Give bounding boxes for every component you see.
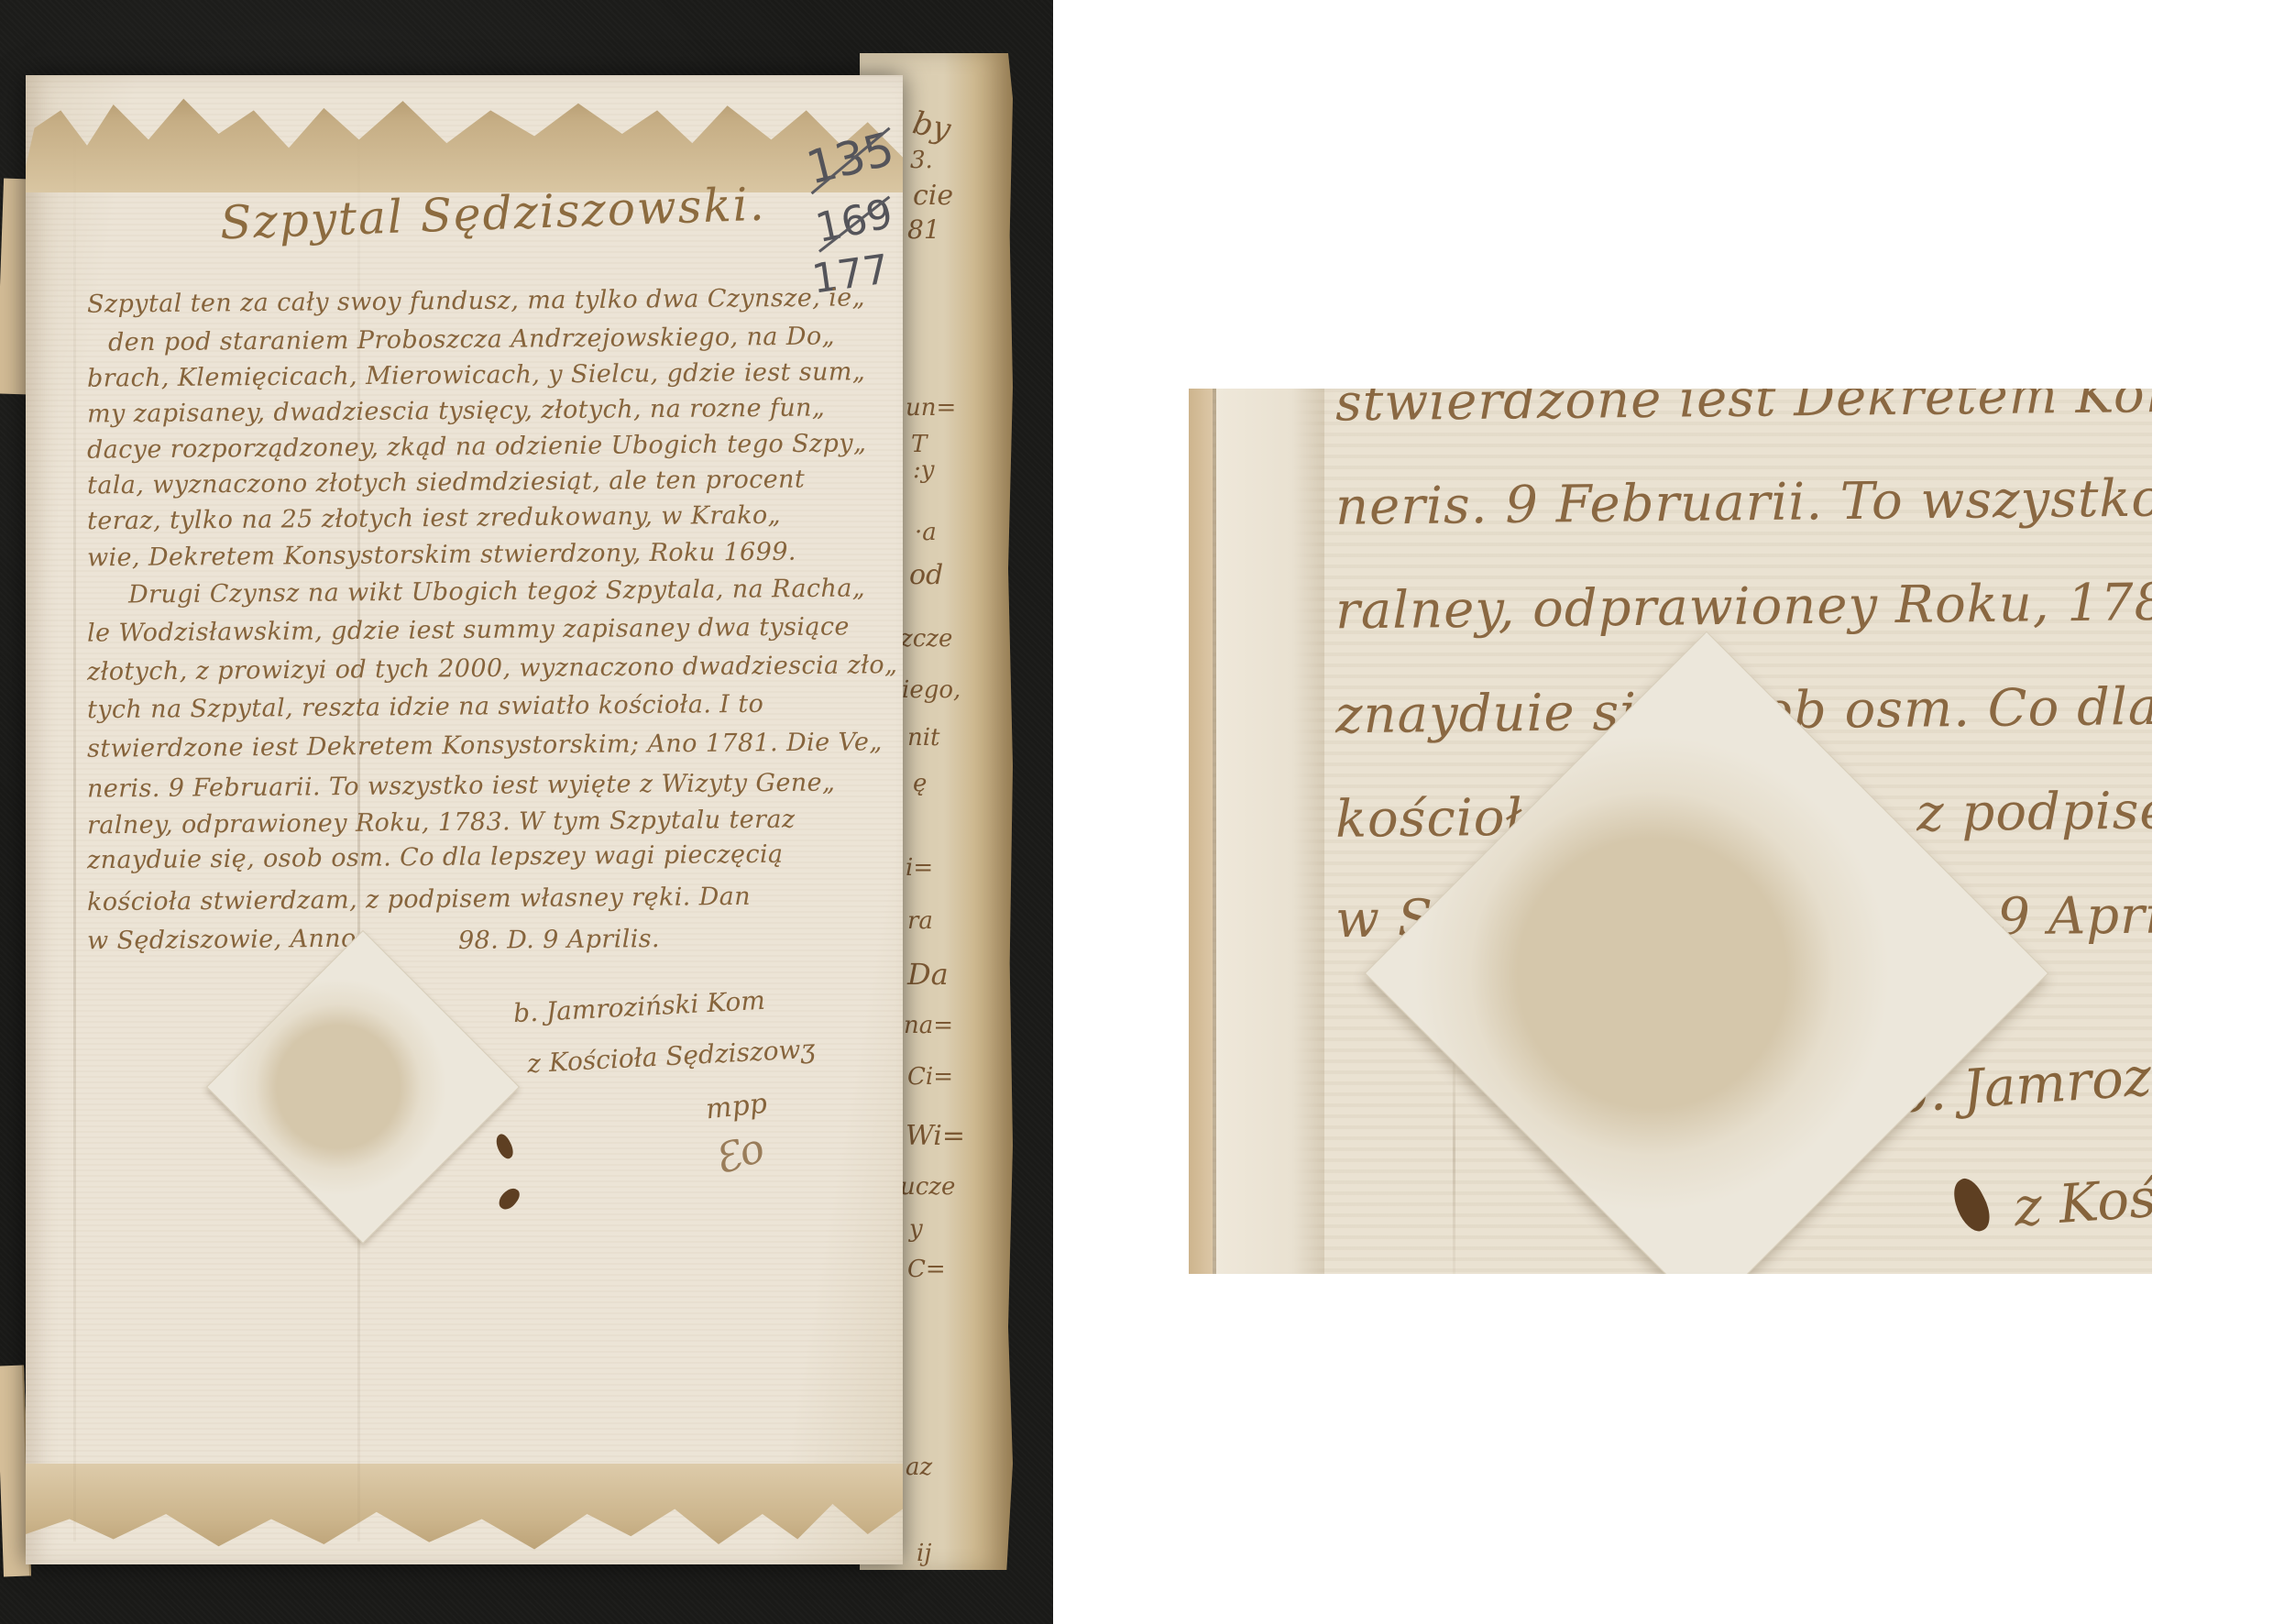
page-margin-crease bbox=[73, 130, 76, 1542]
edge-fragment: ucze bbox=[900, 1173, 955, 1201]
edge-fragment: nit bbox=[907, 724, 940, 752]
torn-bottom-edge bbox=[26, 1464, 903, 1564]
seal-detail-panel: stwierdzone iest Dekretem Konsystorskim;… bbox=[1189, 389, 2152, 1274]
manuscript-line: my zapisaney, dwadziescia tysięcy, złoty… bbox=[87, 393, 825, 428]
detail-margin-strip bbox=[1189, 389, 1213, 1274]
detail-seal-ink-mark bbox=[1946, 1174, 1997, 1236]
manuscript-line: dacye rozporządzoney, zkąd na odzienie U… bbox=[87, 429, 867, 464]
edge-fragment: Da bbox=[907, 957, 949, 992]
manuscript-line: neris. 9 Februarii. To wszystko iest wyi… bbox=[87, 768, 836, 803]
edge-fragment: ij bbox=[917, 1540, 931, 1567]
edge-fragment: T bbox=[911, 431, 927, 458]
edge-fragment: cie bbox=[913, 180, 953, 212]
pencil-number-crossed: 169 bbox=[812, 191, 897, 252]
signature-paraph: Ɛo bbox=[708, 1125, 770, 1184]
manuscript-line: teraz, tylko na 25 złotych iest zredukow… bbox=[87, 501, 781, 536]
edge-fragment: od bbox=[909, 559, 943, 591]
manuscript-line: brach, Klemięcicach, Mierowicach, y Siel… bbox=[87, 357, 866, 392]
seal-cover-paper bbox=[206, 930, 520, 1244]
edge-fragment: zcze bbox=[900, 625, 952, 653]
edge-fragment: ra bbox=[907, 907, 933, 935]
manuscript-line: złotych, z prowizyi od tych 2000, wyznac… bbox=[87, 651, 898, 686]
manuscript-line: kościoła stwierdzam, z podpisem własney … bbox=[87, 883, 751, 916]
signature-line: z Kościoła Sędziszowʒ bbox=[526, 1034, 816, 1079]
edge-fragment: Ci= bbox=[907, 1063, 953, 1091]
manuscript-line: wie, Dekretem Konsystorskim stwierdzony,… bbox=[87, 538, 796, 573]
manuscript-line: tych na Szpytal, reszta idzie na swiatło… bbox=[87, 690, 763, 724]
detail-seal-cover-paper bbox=[1365, 631, 2049, 1274]
signature-mpp: mpp bbox=[704, 1088, 768, 1126]
manuscript-line: tala, wyznaczono złotych siedmdziesiąt, … bbox=[87, 466, 805, 500]
edge-fragment: ę bbox=[913, 770, 927, 797]
edge-fragment: 81 bbox=[907, 214, 940, 245]
detail-seal-ink-mark bbox=[1957, 1271, 2014, 1274]
edge-fragment: az bbox=[906, 1454, 932, 1481]
manuscript-line: den pod staraniem Proboszcza Andrzejowsk… bbox=[108, 323, 835, 357]
signature-line: b. Jamroziński Kom bbox=[512, 985, 765, 1028]
detail-fold-band bbox=[1216, 389, 1324, 1274]
scan-black-background: by 3. cie 81 un= T :y ·a od zcze iego, n… bbox=[0, 0, 1053, 1624]
detail-line: neris. 9 Februarii. To wszystko iest wyi… bbox=[1335, 461, 2152, 537]
edge-fragment: Wi= bbox=[906, 1120, 965, 1152]
archival-scan: { "colors": { "background_left": "#1a1a1… bbox=[0, 0, 2273, 1624]
manuscript-line: Drugi Czynsz na wikt Ubogich tegoż Szpyt… bbox=[128, 574, 865, 609]
seal-ink-mark bbox=[496, 1184, 522, 1213]
manuscript-line: le Wodzisławskim, gdzie iest summy zapis… bbox=[87, 612, 850, 647]
detail-line: ralney, odprawioney Roku, 1783. W tym Sz… bbox=[1335, 566, 2152, 642]
edge-fragment: i= bbox=[906, 854, 933, 882]
seal-ink-mark bbox=[492, 1132, 516, 1161]
detail-paper-covered-seal bbox=[1366, 632, 2046, 1274]
detail-line: stwierdzone iest Dekretem Konsystorskim;… bbox=[1335, 389, 2152, 433]
edge-fragment: by bbox=[909, 104, 953, 148]
edge-fragment: C= bbox=[907, 1256, 946, 1283]
edge-fragment: y bbox=[909, 1215, 923, 1243]
manuscript-line: Szpytal ten za cały swoy fundusz, ma tyl… bbox=[87, 283, 865, 318]
manuscript-page: Szpytal Sędziszowski. 135 169 177 Szpyta… bbox=[26, 75, 903, 1564]
edge-fragment: :y bbox=[913, 456, 934, 484]
manuscript-line: stwierdzone iest Dekretem Konsystorskim;… bbox=[87, 728, 883, 763]
edge-fragment: 3. bbox=[910, 147, 933, 174]
paper-covered-seal bbox=[206, 930, 518, 1242]
edge-fragment: iego, bbox=[902, 676, 961, 704]
edge-fragment: na= bbox=[904, 1012, 953, 1039]
torn-top-edge bbox=[26, 75, 903, 192]
manuscript-line: znayduie się, osob osm. Co dla lepszey w… bbox=[87, 840, 784, 875]
edge-fragment: ·a bbox=[915, 519, 937, 546]
manuscript-line: ralney, odprawioney Roku, 1783. W tym Sz… bbox=[87, 806, 796, 840]
edge-fragment: un= bbox=[906, 394, 956, 422]
